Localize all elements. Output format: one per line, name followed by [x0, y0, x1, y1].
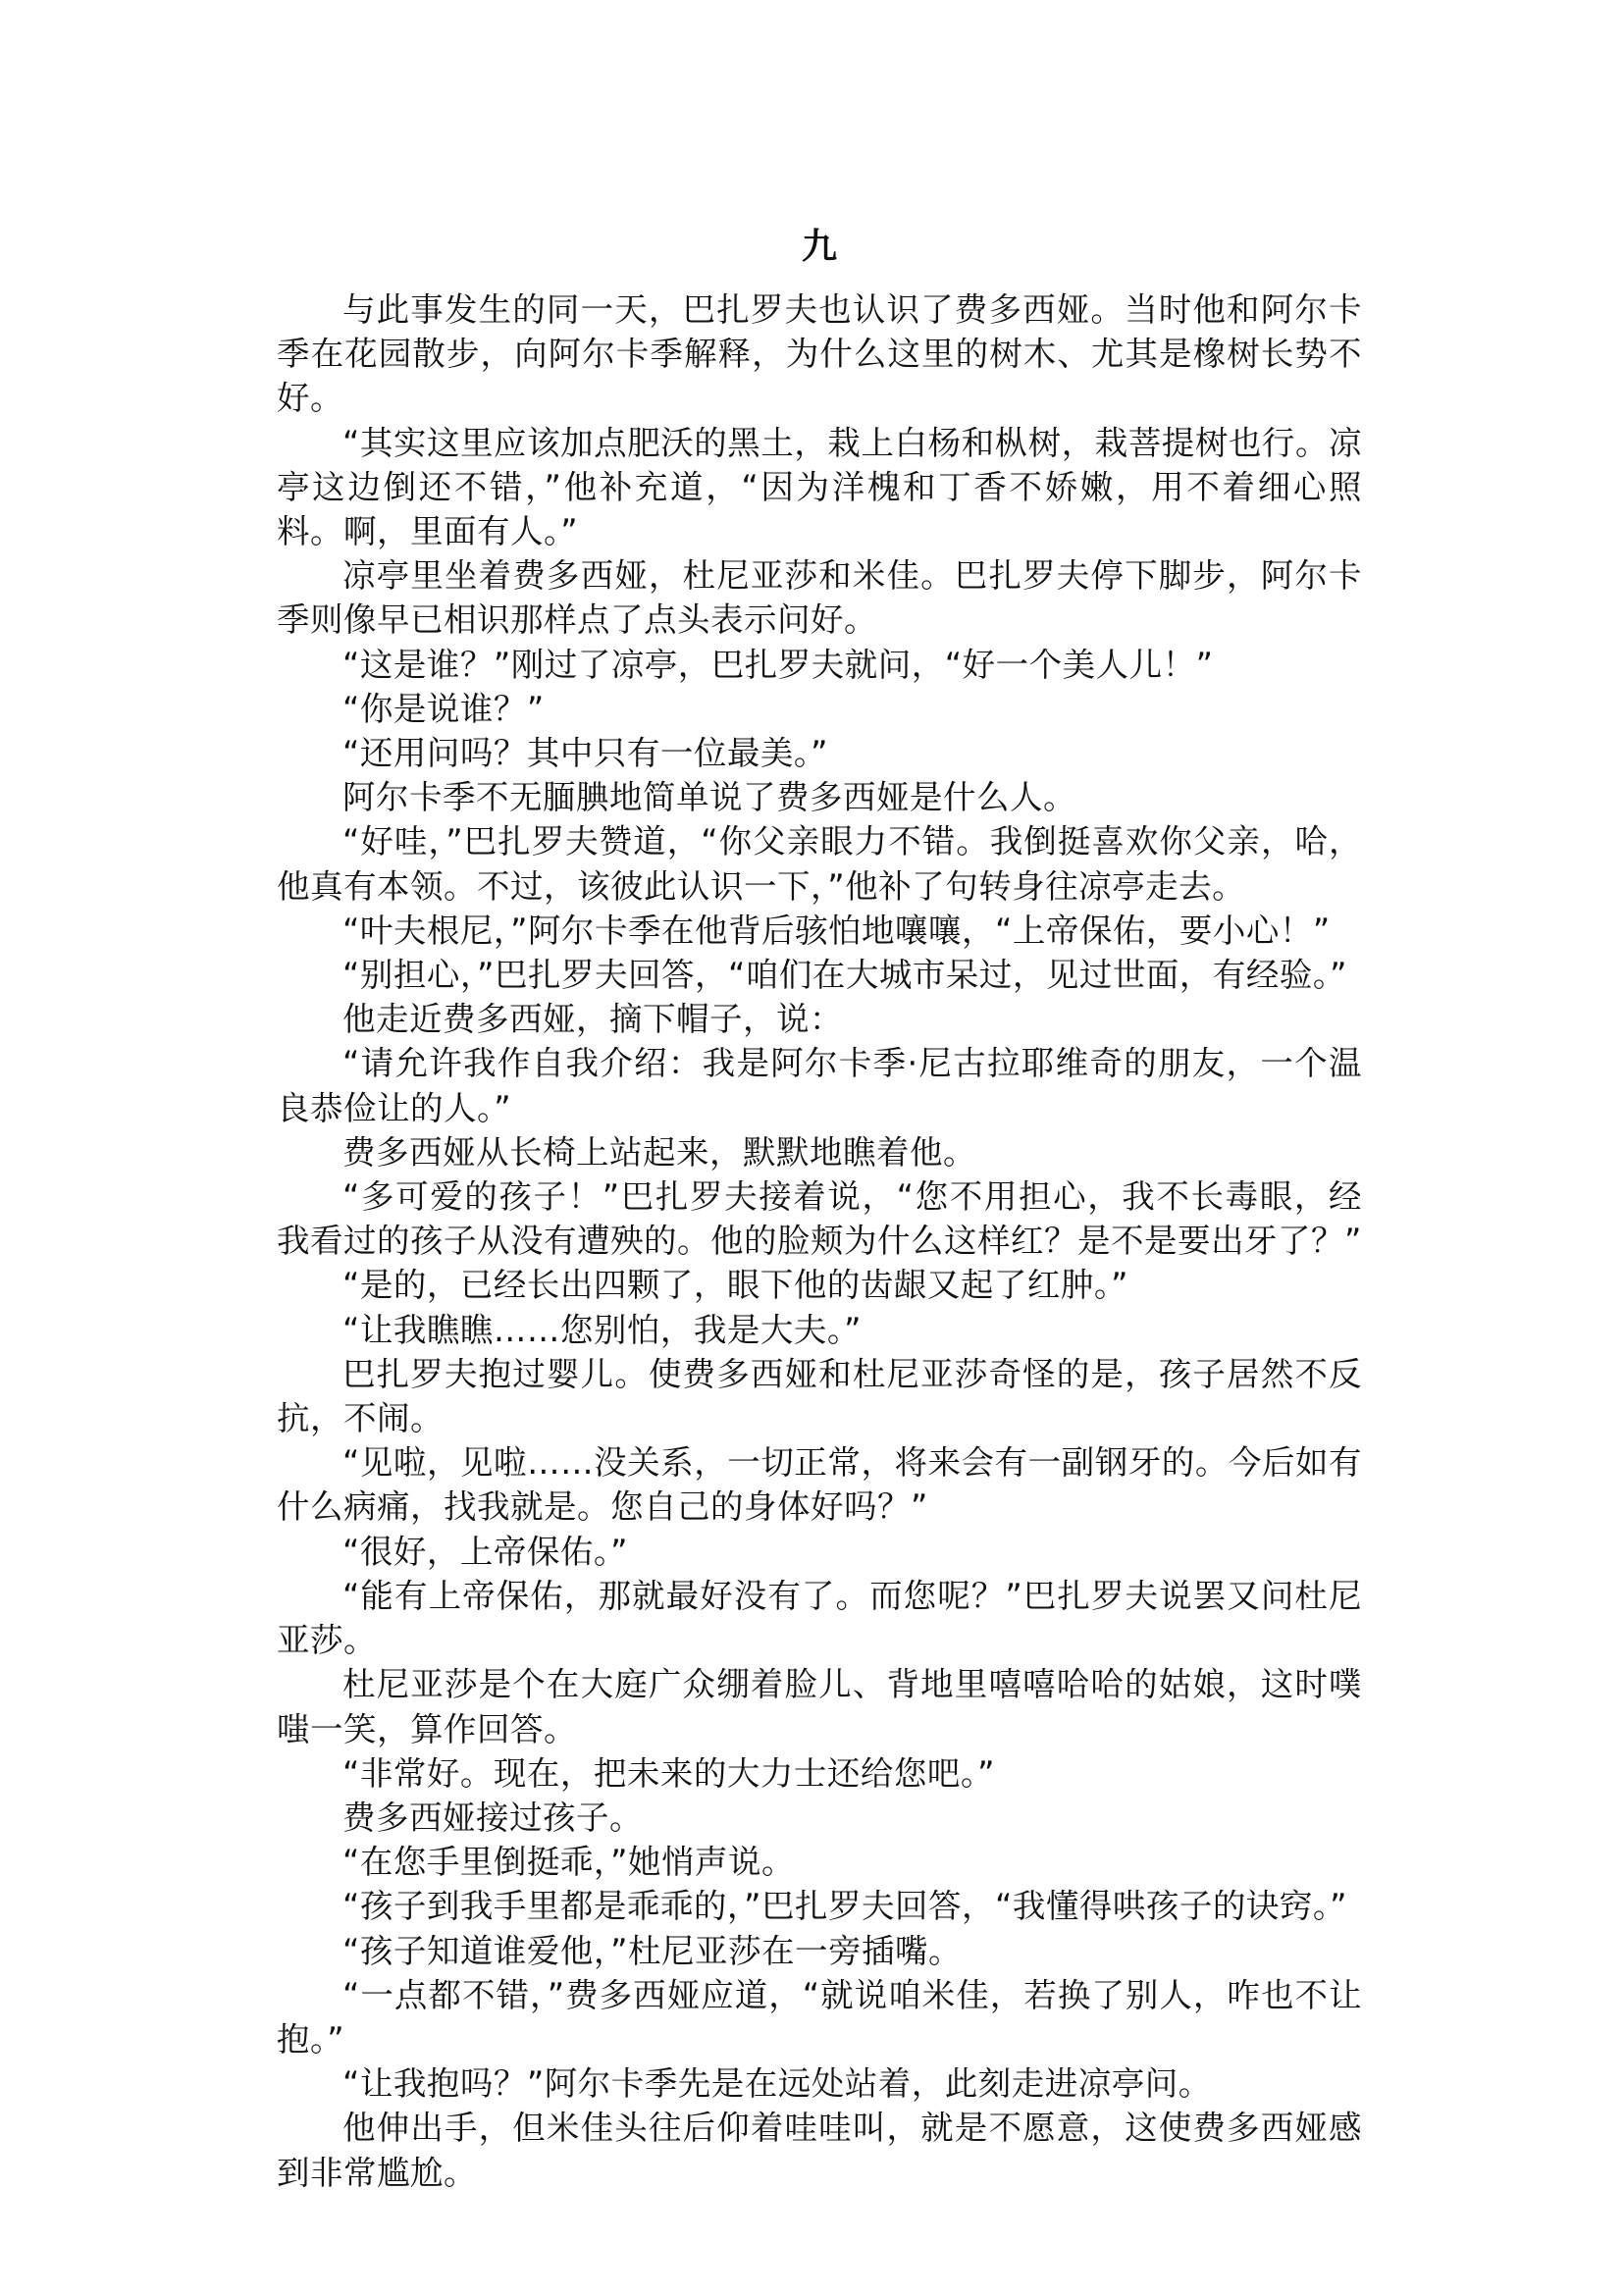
paragraph: “很好，上帝保佑。”	[277, 1530, 1362, 1574]
paragraph: “叶夫根尼，”阿尔卡季在他背后骇怕地嚷嚷，“上帝保佑，要小心！”	[277, 909, 1362, 953]
paragraph: “让我瞧瞧……您别怕，我是大夫。”	[277, 1308, 1362, 1352]
paragraph: “见啦，见啦……没关系，一切正常，将来会有一副钢牙的。今后如有什么病痛，找我就是…	[277, 1440, 1362, 1529]
paragraph: “你是说谁？”	[277, 687, 1362, 731]
paragraph: “请允许我作自我介绍：我是阿尔卡季·尼古拉耶维奇的朋友，一个温良恭俭让的人。”	[277, 1041, 1362, 1129]
paragraph: “一点都不错，”费多西娅应道，“就说咱米佳，若换了别人，咋也不让抱。”	[277, 1973, 1362, 2061]
paragraph: “在您手里倒挺乖，”她悄声说。	[277, 1840, 1362, 1884]
paragraph: “还用问吗？其中只有一位最美。”	[277, 731, 1362, 775]
paragraph: “别担心，”巴扎罗夫回答，“咱们在大城市呆过，见过世面，有经验。”	[277, 953, 1362, 997]
paragraph: 与此事发生的同一天，巴扎罗夫也认识了费多西娅。当时他和阿尔卡季在花园散步，向阿尔…	[277, 287, 1362, 421]
chapter-body: 与此事发生的同一天，巴扎罗夫也认识了费多西娅。当时他和阿尔卡季在花园散步，向阿尔…	[277, 287, 1362, 2195]
paragraph: “其实这里应该加点肥沃的黑土，栽上白杨和枞树，栽菩提树也行。凉亭这边倒还不错，”…	[277, 421, 1362, 554]
chapter-title: 九	[277, 225, 1362, 270]
paragraph: “孩子到我手里都是乖乖的，”巴扎罗夫回答，“我懂得哄孩子的诀窍。”	[277, 1884, 1362, 1928]
paragraph: 他伸出手，但米佳头往后仰着哇哇叫，就是不愿意，这使费多西娅感到非常尴尬。	[277, 2106, 1362, 2194]
paragraph: 杜尼亚莎是个在大庭广众绷着脸儿、背地里嘻嘻哈哈的姑娘，这时噗嗤一笑，算作回答。	[277, 1662, 1362, 1750]
paragraph: 巴扎罗夫抱过婴儿。使费多西娅和杜尼亚莎奇怪的是，孩子居然不反抗，不闹。	[277, 1352, 1362, 1440]
paragraph: “好哇，”巴扎罗夫赞道，“你父亲眼力不错。我倒挺喜欢你父亲，哈，他真有本领。不过…	[277, 819, 1362, 908]
paragraph: 他走近费多西娅，摘下帽子，说：	[277, 997, 1362, 1041]
paragraph: 费多西娅接过孩子。	[277, 1796, 1362, 1840]
paragraph: “孩子知道谁爱他，”杜尼亚莎在一旁插嘴。	[277, 1929, 1362, 1973]
paragraph: “是的，已经长出四颗了，眼下他的齿龈又起了红肿。”	[277, 1263, 1362, 1307]
paragraph: “这是谁？”刚过了凉亭，巴扎罗夫就问，“好一个美人儿！”	[277, 643, 1362, 687]
paragraph: 阿尔卡季不无腼腆地简单说了费多西娅是什么人。	[277, 775, 1362, 819]
paragraph: “多可爱的孩子！”巴扎罗夫接着说，“您不用担心，我不长毒眼，经我看过的孩子从没有…	[277, 1174, 1362, 1263]
paragraph: “非常好。现在，把未来的大力士还给您吧。”	[277, 1751, 1362, 1796]
paragraph: 费多西娅从长椅上站起来，默默地瞧着他。	[277, 1130, 1362, 1174]
paragraph: “让我抱吗？”阿尔卡季先是在远处站着，此刻走进凉亭问。	[277, 2061, 1362, 2106]
paragraph: “能有上帝保佑，那就最好没有了。而您呢？”巴扎罗夫说罢又问杜尼亚莎。	[277, 1574, 1362, 1662]
paragraph: 凉亭里坐着费多西娅，杜尼亚莎和米佳。巴扎罗夫停下脚步，阿尔卡季则像早已相识那样点…	[277, 553, 1362, 642]
